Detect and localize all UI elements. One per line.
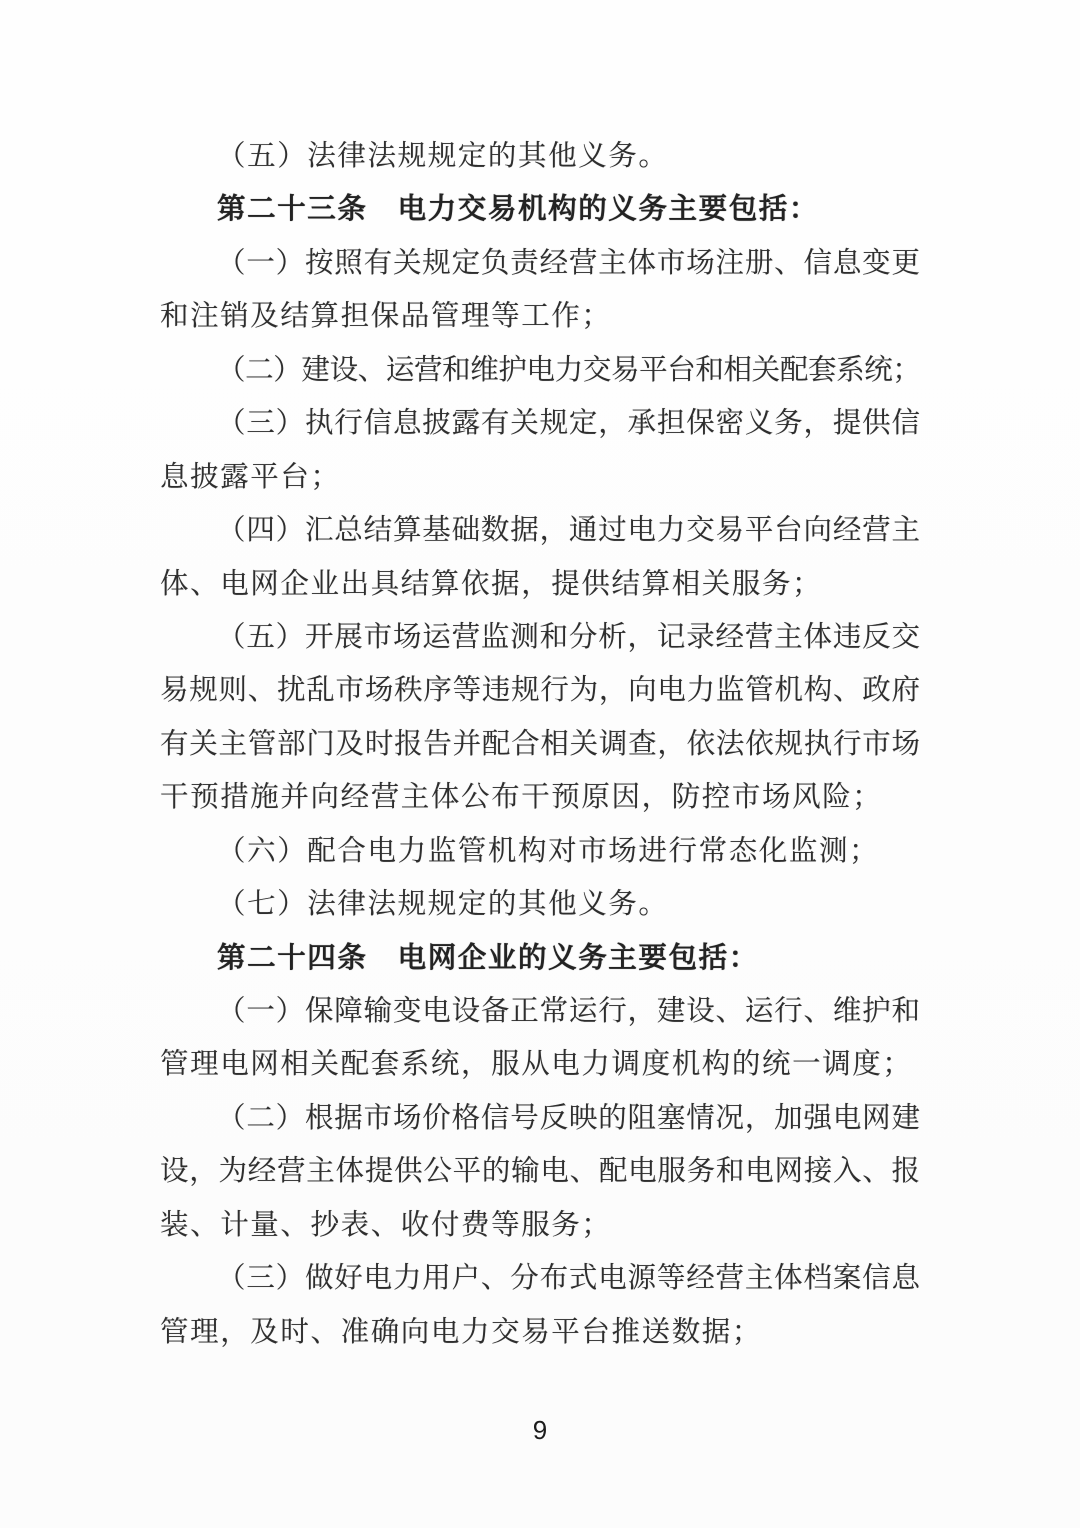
text-line: 息披露平台； bbox=[160, 451, 920, 504]
article-heading-line: 第二十四条 电网企业的义务主要包括： bbox=[160, 932, 920, 985]
text-line: 体、电网企业出具结算依据，提供结算相关服务； bbox=[160, 558, 920, 611]
article-heading-line: 第二十三条 电力交易机构的义务主要包括： bbox=[160, 183, 920, 236]
document-text-block: （五）法律法规规定的其他义务。第二十三条 电力交易机构的义务主要包括：（一）按照… bbox=[160, 130, 920, 1359]
text-line: （三）执行信息披露有关规定，承担保密义务，提供信 bbox=[160, 397, 920, 450]
text-line: 干预措施并向经营主体公布干预原因，防控市场风险； bbox=[160, 771, 920, 824]
text-line: （一）按照有关规定负责经营主体市场注册、信息变更 bbox=[160, 237, 920, 290]
text-line: （六）配合电力监管机构对市场进行常态化监测； bbox=[160, 825, 920, 878]
text-line: （五）法律法规规定的其他义务。 bbox=[160, 130, 920, 183]
text-line: 管理，及时、准确向电力交易平台推送数据； bbox=[160, 1306, 920, 1359]
text-line: 易规则、扰乱市场秩序等违规行为，向电力监管机构、政府 bbox=[160, 664, 920, 717]
text-line: 有关主管部门及时报告并配合相关调查，依法依规执行市场 bbox=[160, 718, 920, 771]
text-line: 管理电网相关配套系统，服从电力调度机构的统一调度； bbox=[160, 1038, 920, 1091]
text-line: （七）法律法规规定的其他义务。 bbox=[160, 878, 920, 931]
text-line: （一）保障输变电设备正常运行，建设、运行、维护和 bbox=[160, 985, 920, 1038]
page-number: 9 bbox=[0, 1404, 1080, 1457]
text-line: （二）建设、运营和维护电力交易平台和相关配套系统； bbox=[160, 344, 920, 397]
text-line: 和注销及结算担保品管理等工作； bbox=[160, 290, 920, 343]
text-line: （三）做好电力用户、分布式电源等经营主体档案信息 bbox=[160, 1252, 920, 1305]
text-line: （二）根据市场价格信号反映的阻塞情况，加强电网建 bbox=[160, 1092, 920, 1145]
text-line: （四）汇总结算基础数据，通过电力交易平台向经营主 bbox=[160, 504, 920, 557]
text-line: 设，为经营主体提供公平的输电、配电服务和电网接入、报 bbox=[160, 1145, 920, 1198]
text-line: 装、计量、抄表、收付费等服务； bbox=[160, 1199, 920, 1252]
document-page: （五）法律法规规定的其他义务。第二十三条 电力交易机构的义务主要包括：（一）按照… bbox=[0, 0, 1080, 1528]
text-line: （五）开展市场运营监测和分析，记录经营主体违反交 bbox=[160, 611, 920, 664]
